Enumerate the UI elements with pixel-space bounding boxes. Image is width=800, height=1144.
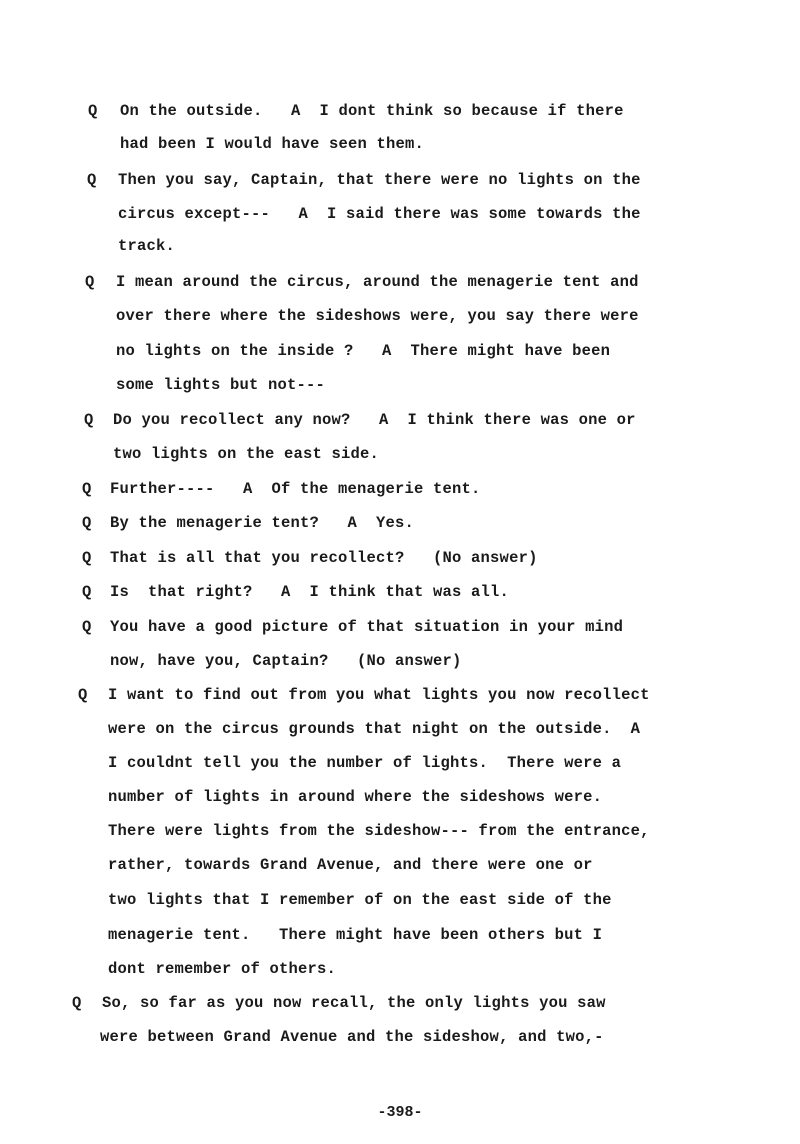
transcript-line: There were lights from the sideshow--- f…	[108, 821, 650, 841]
question-marker: Q	[82, 548, 91, 568]
transcript-line: two lights on the east side.	[113, 444, 379, 464]
question-marker: Q	[82, 582, 91, 602]
transcript-line: Do you recollect any now? A I think ther…	[113, 410, 636, 430]
transcript-line: some lights but not---	[116, 375, 325, 395]
page-number: -398-	[0, 1104, 800, 1121]
transcript-line: On the outside. A I dont think so becaus…	[120, 101, 624, 121]
transcript-line: circus except--- A I said there was some…	[118, 204, 641, 224]
transcript-line: were on the circus grounds that night on…	[108, 719, 640, 739]
transcript-line: Further---- A Of the menagerie tent.	[110, 479, 481, 499]
question-marker: Q	[85, 272, 94, 292]
transcript-line: That is all that you recollect? (No answ…	[110, 548, 538, 568]
transcript-line: now, have you, Captain? (No answer)	[110, 651, 462, 671]
transcript-line: rather, towards Grand Avenue, and there …	[108, 855, 593, 875]
transcript-line: By the menagerie tent? A Yes.	[110, 513, 414, 533]
transcript-line: dont remember of others.	[108, 959, 336, 979]
transcript-line: had been I would have seen them.	[120, 134, 424, 154]
transcript-line: number of lights in around where the sid…	[108, 787, 602, 807]
transcript-line: Then you say, Captain, that there were n…	[118, 170, 641, 190]
question-marker: Q	[82, 479, 91, 499]
transcript-line: You have a good picture of that situatio…	[110, 617, 623, 637]
question-marker: Q	[82, 513, 91, 533]
transcript-line: I want to find out from you what lights …	[108, 685, 650, 705]
question-marker: Q	[87, 170, 96, 190]
transcript-line: track.	[118, 236, 175, 256]
transcript-line: two lights that I remember of on the eas…	[108, 890, 612, 910]
transcript-line: I mean around the circus, around the men…	[116, 272, 639, 292]
transcript-line: were between Grand Avenue and the sidesh…	[100, 1027, 604, 1047]
transcript-line: menagerie tent. There might have been ot…	[108, 925, 602, 945]
question-marker: Q	[78, 685, 87, 705]
transcript-line: over there where the sideshows were, you…	[116, 306, 639, 326]
transcript-line: Is that right? A I think that was all.	[110, 582, 509, 602]
question-marker: Q	[88, 101, 97, 121]
transcript-page: QOn the outside. A I dont think so becau…	[0, 0, 800, 1144]
question-marker: Q	[82, 617, 91, 637]
question-marker: Q	[72, 993, 81, 1013]
question-marker: Q	[84, 410, 93, 430]
transcript-line: I couldnt tell you the number of lights.…	[108, 753, 621, 773]
transcript-line: So, so far as you now recall, the only l…	[102, 993, 606, 1013]
transcript-line: no lights on the inside ? A There might …	[116, 341, 610, 361]
